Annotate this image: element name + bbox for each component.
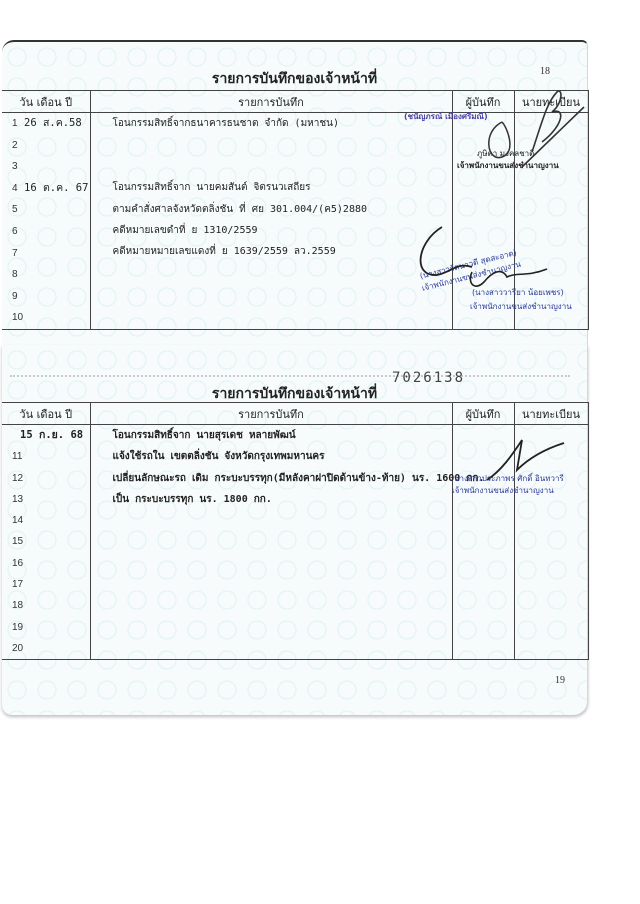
- table-row: คดีหมายเลขดำที่ ย 1310/2559: [91, 220, 452, 241]
- table-row: แจ้งใช้รถใน เขตตลิ่งชัน จังหวัดกรุงเทพมห…: [91, 446, 452, 467]
- line-number: 8: [12, 264, 18, 285]
- table-row: เปลี่ยนลักษณะรถ เดิม กระบะบรรทุก(มีหลังค…: [91, 468, 452, 489]
- row-date-cell: 11: [2, 446, 90, 467]
- line-number: 9: [12, 286, 18, 307]
- entry-text: โอนกรรมสิทธิ์จากธนาคารธนชาต จำกัด (มหาชน…: [91, 118, 340, 129]
- officer-record-table: วัน เดือน ปี รายการบันทึก ผู้บันทึก นายท…: [2, 402, 589, 660]
- line-number: 20: [12, 638, 23, 659]
- entry-text: โอนกรรมสิทธิ์จาก นายคมสันต์ จิตรนวเสถียร: [91, 182, 311, 193]
- table-row: [91, 595, 452, 616]
- officer-title-2: เจ้าพนักงานขนส่งชำนาญงาน: [470, 300, 572, 313]
- row-date-cell: 16: [2, 553, 90, 574]
- table-row: [91, 617, 452, 638]
- registrar-column: [514, 425, 588, 660]
- table-row: โอนกรรมสิทธิ์จาก นายคมสันต์ จิตรนวเสถียร: [91, 177, 452, 198]
- table-row: [91, 134, 452, 155]
- table-row: เป็น กระบะบรรทุก นร. 1800 กก.: [91, 489, 452, 510]
- entry-text: คดีหมายหมายเลขแดงที่ ย 1639/2559 ลว.2559: [91, 246, 336, 257]
- page-heading: รายการบันทึกของเจ้าหน้าที่: [2, 68, 587, 90]
- line-number: 12: [12, 468, 23, 489]
- entry-date: 26 ส.ค.58: [24, 113, 82, 134]
- table-row: [91, 284, 452, 305]
- table-row: [91, 638, 452, 659]
- line-number: 18: [12, 595, 23, 616]
- entry-date: 16 ต.ค. 67: [24, 178, 88, 199]
- table-row: [91, 263, 452, 284]
- page-number: 18: [540, 66, 550, 77]
- recorder-column: [452, 425, 514, 660]
- recorder-stamp-1: (ชนัญภรณ์ เมืองศรีมณี): [404, 110, 488, 123]
- line-number: 15: [12, 531, 23, 552]
- table-row: โอนกรรมสิทธิ์จากธนาคารธนชาต จำกัด (มหาชน…: [91, 113, 452, 134]
- col-recorder: ผู้บันทึก: [452, 403, 514, 425]
- entry-text: คดีหมายเลขดำที่ ย 1310/2559: [91, 225, 258, 236]
- row-date-cell: 126 ส.ค.58: [2, 113, 90, 135]
- row-date-cell: 3: [2, 156, 90, 178]
- entry-text: เปลี่ยนลักษณะรถ เดิม กระบะบรรทุก(มีหลังค…: [91, 473, 485, 484]
- line-number: 14: [12, 510, 23, 531]
- row-date-cell: 5: [2, 199, 90, 221]
- date-column: 15 ก.ย. 6811121314151617181920: [2, 425, 90, 660]
- date-column: 126 ส.ค.5823416 ต.ค. 675678910: [2, 113, 90, 330]
- col-registrar: นายทะเบียน: [514, 91, 588, 113]
- entry-text: [91, 515, 113, 526]
- line-number: 4: [12, 178, 18, 199]
- entry-text: [91, 289, 113, 300]
- entry-text: [91, 139, 113, 150]
- page-number: 19: [555, 675, 565, 686]
- line-number: 16: [12, 553, 23, 574]
- table-row: [91, 531, 452, 552]
- registration-page-19: รายการบันทึกของเจ้าหน้าที่ วัน เดือน ปี …: [2, 345, 588, 715]
- line-number: 13: [12, 489, 23, 510]
- entry-text: [91, 558, 113, 569]
- officer-name-2: (นางสาววารียา น้อยเพชร): [472, 286, 564, 299]
- table-row: [91, 510, 452, 531]
- row-date-cell: 6: [2, 221, 90, 243]
- entry-date: 15 ก.ย. 68: [20, 425, 83, 446]
- table-header: วัน เดือน ปี รายการบันทึก ผู้บันทึก นายท…: [2, 91, 588, 113]
- entry-text: [91, 579, 113, 590]
- row-date-cell: 17: [2, 574, 90, 595]
- row-date-cell: 8: [2, 264, 90, 286]
- table-row: [91, 156, 452, 177]
- entry-text: [91, 600, 113, 611]
- table-row: โอนกรรมสิทธิ์จาก นายสุรเดช หลายพัฒน์: [91, 425, 452, 446]
- row-date-cell: 416 ต.ค. 67: [2, 178, 90, 200]
- line-number: 2: [12, 135, 18, 156]
- row-date-cell: 13: [2, 489, 90, 510]
- row-date-cell: 9: [2, 286, 90, 308]
- row-date-cell: 14: [2, 510, 90, 531]
- line-number: 3: [12, 156, 18, 177]
- table-row: ตามคำสั่งศาลจังหวัดตลิ่งชัน ที่ ศย 301.0…: [91, 199, 452, 220]
- row-date-cell: 18: [2, 595, 90, 616]
- table-row: [91, 574, 452, 595]
- officer-title-1: เจ้าพนักงานขนส่งชำนาญงาน: [457, 159, 559, 172]
- line-number: 17: [12, 574, 23, 595]
- row-date-cell: 12: [2, 468, 90, 489]
- row-date-cell: 19: [2, 617, 90, 638]
- row-date-cell: 2: [2, 135, 90, 157]
- col-record: รายการบันทึก: [90, 403, 452, 425]
- line-number: 1: [12, 113, 18, 134]
- line-number: 6: [12, 221, 18, 242]
- entry-text: [91, 622, 113, 633]
- entry-text: [91, 311, 113, 322]
- table-row: [91, 306, 452, 327]
- entry-text: [91, 536, 113, 547]
- line-number: 7: [12, 243, 18, 264]
- row-date-cell: 15 ก.ย. 68: [2, 425, 90, 446]
- col-record: รายการบันทึก: [90, 91, 452, 113]
- table-row: [91, 553, 452, 574]
- record-column: โอนกรรมสิทธิ์จาก นายสุรเดช หลายพัฒน์แจ้ง…: [90, 425, 452, 660]
- entry-text: แจ้งใช้รถใน เขตตลิ่งชัน จังหวัดกรุงเทพมห…: [91, 451, 325, 462]
- entry-text: [91, 643, 113, 654]
- table-row: คดีหมายหมายเลขแดงที่ ย 1639/2559 ลว.2559: [91, 241, 452, 262]
- officer-title-3: เจ้าพนักงานขนส่งชำนาญงาน: [452, 484, 554, 497]
- perforation-line: [10, 375, 570, 377]
- row-date-cell: 15: [2, 531, 90, 552]
- entry-text: ตามคำสั่งศาลจังหวัดตลิ่งชัน ที่ ศย 301.0…: [91, 204, 368, 215]
- entry-text: โอนกรรมสิทธิ์จาก นายสุรเดช หลายพัฒน์: [91, 430, 296, 441]
- line-number: 19: [12, 617, 23, 638]
- row-date-cell: 20: [2, 638, 90, 659]
- col-date: วัน เดือน ปี: [2, 403, 90, 425]
- registration-page-18: รายการบันทึกของเจ้าหน้าที่ 18 วัน เดือน …: [2, 40, 588, 347]
- entry-text: [91, 268, 113, 279]
- entry-text: เป็น กระบะบรรทุก นร. 1800 กก.: [91, 494, 272, 505]
- table-header: วัน เดือน ปี รายการบันทึก ผู้บันทึก นายท…: [2, 403, 588, 425]
- col-date: วัน เดือน ปี: [2, 91, 90, 113]
- line-number: 10: [12, 307, 23, 328]
- row-date-cell: 10: [2, 307, 90, 329]
- row-date-cell: 7: [2, 243, 90, 265]
- record-column: โอนกรรมสิทธิ์จากธนาคารธนชาต จำกัด (มหาชน…: [90, 113, 452, 330]
- serial-number: 7026138: [392, 370, 465, 386]
- col-registrar: นายทะเบียน: [514, 403, 588, 425]
- line-number: 11: [12, 446, 22, 467]
- entry-text: [91, 161, 113, 172]
- line-number: 5: [12, 199, 18, 220]
